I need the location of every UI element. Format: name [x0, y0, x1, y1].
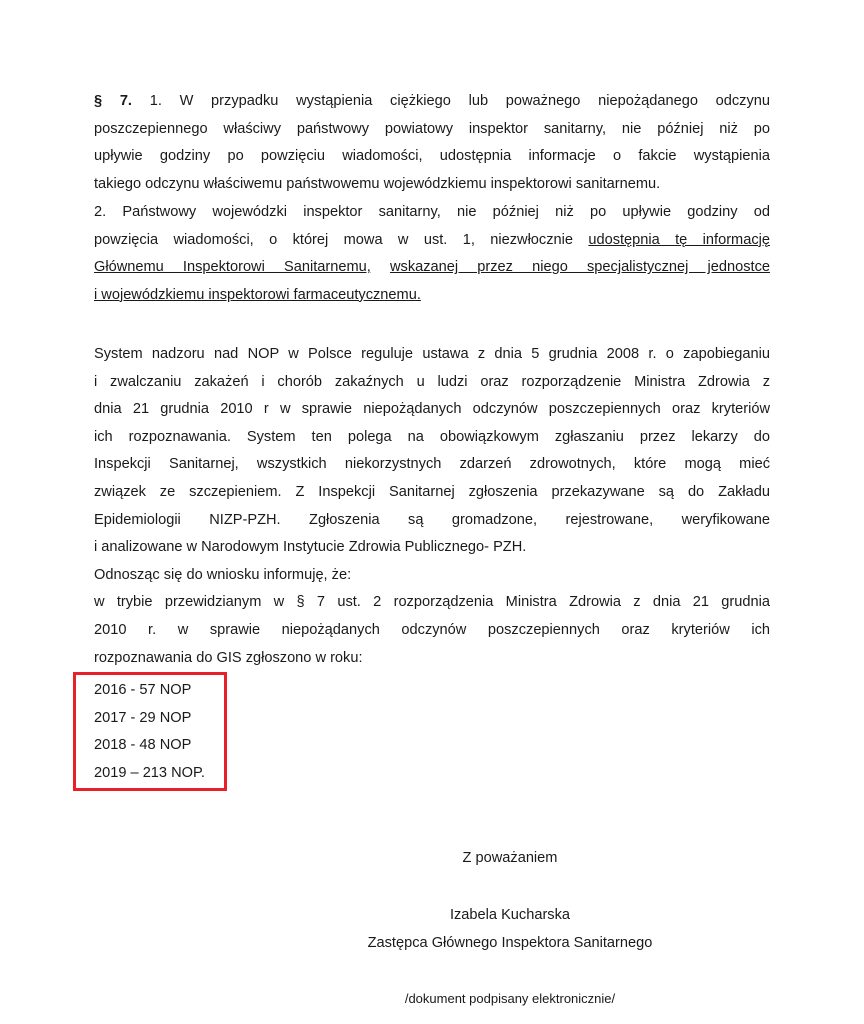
underlined-text: Głównemu Inspektorowi Sanitarnemu,	[94, 259, 371, 275]
text-line: ich rozpoznawania. System ten polega na …	[94, 424, 770, 452]
nop-year-item: 2016 - 57 NOP	[94, 677, 205, 705]
nop-year-item: 2017 - 29 NOP	[94, 705, 205, 733]
electronic-signature-note: /dokument podpisany elektronicznie/	[350, 991, 670, 1006]
text-line: związek ze szczepieniem. Z Inspekcji San…	[94, 479, 770, 507]
nop-year-item: 2018 - 48 NOP	[94, 732, 205, 760]
text-line: i zwalczaniu zakażeń i chorób zakaźnych …	[94, 369, 770, 397]
section-heading: § 7.	[94, 93, 132, 109]
nop-year-item: 2019 – 213 NOP.	[94, 760, 205, 788]
text-line: poszczepiennego właściwy państwowy powia…	[94, 116, 770, 144]
text-line: Odnosząc się do wniosku informuję, że:	[94, 562, 770, 590]
text-line: i analizowane w Narodowym Instytucie Zdr…	[94, 534, 770, 562]
text-line: 2010 r. w sprawie niepożądanych odczynów…	[94, 617, 770, 645]
text-line: takiego odczynu właściwemu państwowemu w…	[94, 171, 770, 199]
nop-year-list: 2016 - 57 NOP 2017 - 29 NOP 2018 - 48 NO…	[94, 677, 205, 787]
underlined-text: udostępnia tę informację	[588, 232, 770, 248]
text-line: upływie godziny po powzięciu wiadomości,…	[94, 143, 770, 171]
text-line: System nadzoru nad NOP w Polsce reguluje…	[94, 341, 770, 369]
text-line: Głównemu Inspektorowi Sanitarnemu, wskaz…	[94, 254, 770, 282]
text-line: § 7. 1. W przypadku wystąpienia ciężkieg…	[94, 88, 770, 116]
text-line: 2. Państwowy wojewódzki inspektor sanita…	[94, 199, 770, 227]
body-paragraph: System nadzoru nad NOP w Polsce reguluje…	[94, 341, 770, 672]
closing-salutation: Z poważaniem	[350, 850, 670, 866]
signatory-title: Zastępca Głównego Inspektora Sanitarnego	[350, 935, 670, 951]
text-line: dnia 21 grudnia 2010 r w sprawie niepożą…	[94, 396, 770, 424]
text-line: Epidemiologii NIZP-PZH. Zgłoszenia są gr…	[94, 507, 770, 535]
text-line: powzięcia wiadomości, o której mowa w us…	[94, 227, 770, 255]
section-7-point-2: 2. Państwowy wojewódzki inspektor sanita…	[94, 199, 770, 309]
underlined-text: wskazanej przez niego specjalistycznej j…	[390, 259, 770, 275]
underlined-text: i wojewódzkiemu inspektorowi farmaceutyc…	[94, 282, 770, 310]
signatory-name: Izabela Kucharska	[350, 907, 670, 923]
text-line: Inspekcji Sanitarnej, wszystkich niekorz…	[94, 451, 770, 479]
text-line: rozpoznawania do GIS zgłoszono w roku:	[94, 645, 770, 673]
section-7-point-1: § 7. 1. W przypadku wystąpienia ciężkieg…	[94, 88, 770, 198]
text-line: w trybie przewidzianym w § 7 ust. 2 rozp…	[94, 589, 770, 617]
